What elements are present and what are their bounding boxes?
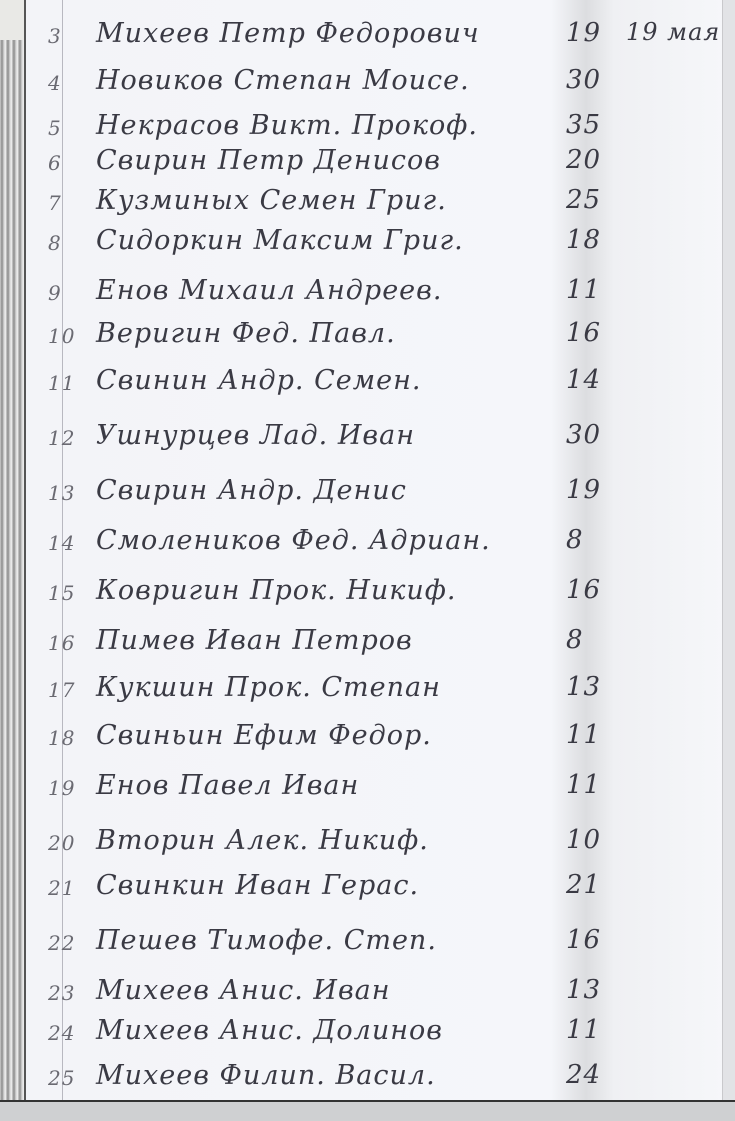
person-name: Новиков Степан Моисе. <box>96 65 470 96</box>
person-name: Свирин Петр Денисов <box>96 145 441 176</box>
person-age: 13 <box>566 672 601 702</box>
person-name: Михеев Анис. Иван <box>96 975 391 1006</box>
person-name: Свинкин Иван Герас. <box>96 870 419 901</box>
person-age: 16 <box>566 925 601 955</box>
row-number: 18 <box>48 726 75 750</box>
row-number: 3 <box>48 24 62 48</box>
person-age: 11 <box>566 1015 601 1045</box>
person-age: 18 <box>566 225 601 255</box>
person-name: Кузминых Семен Григ. <box>96 185 447 216</box>
list-row: 16 Пимев Иван Петров 8 <box>26 625 726 665</box>
person-name: Некрасов Викт. Прокоф. <box>96 110 478 141</box>
person-name: Михеев Анис. Долинов <box>96 1015 443 1046</box>
bottom-page-edge <box>0 1100 735 1121</box>
list-row: 6 Свирин Петр Денисов 20 <box>26 145 726 185</box>
list-row: 25 Михеев Филип. Васил. 24 <box>26 1060 726 1100</box>
list-row: 10 Веригин Фед. Павл. 16 <box>26 318 726 358</box>
list-row: 9 Енов Михаил Андреев. 11 <box>26 275 726 315</box>
list-row: 23 Михеев Анис. Иван 13 <box>26 975 726 1015</box>
person-age: 30 <box>566 65 601 95</box>
row-number: 17 <box>48 678 75 702</box>
person-name: Енов Михаил Андреев. <box>96 275 442 306</box>
handwritten-page: 3 Михеев Петр Федорович 19 19 мая 4 Нови… <box>24 0 726 1100</box>
list-row: 7 Кузминых Семен Григ. 25 <box>26 185 726 225</box>
person-name: Свирин Андр. Денис <box>96 475 407 506</box>
person-age: 10 <box>566 825 601 855</box>
list-row: 18 Свиньин Ефим Федор. 11 <box>26 720 726 760</box>
person-age: 16 <box>566 575 601 605</box>
person-age: 19 <box>566 475 601 505</box>
person-name: Свиньин Ефим Федор. <box>96 720 432 751</box>
person-age: 11 <box>566 275 601 305</box>
adjacent-page-edge <box>722 0 735 1121</box>
person-name: Пимев Иван Петров <box>96 625 413 656</box>
person-name: Михеев Филип. Васил. <box>96 1060 436 1091</box>
person-age: 24 <box>566 1060 601 1090</box>
list-row: 21 Свинкин Иван Герас. 21 <box>26 870 726 910</box>
person-age: 30 <box>566 420 601 450</box>
person-name: Смолеников Фед. Адриан. <box>96 525 491 556</box>
row-number: 11 <box>48 371 75 395</box>
row-number: 5 <box>48 116 62 140</box>
row-number: 4 <box>48 71 62 95</box>
row-number: 15 <box>48 581 75 605</box>
list-row: 4 Новиков Степан Моисе. 30 <box>26 65 726 105</box>
person-name: Сидоркин Максим Григ. <box>96 225 464 256</box>
row-number: 10 <box>48 324 75 348</box>
person-name: Веригин Фед. Павл. <box>96 318 396 349</box>
list-row: 19 Енов Павел Иван 11 <box>26 770 726 810</box>
person-name: Ушнурцев Лад. Иван <box>96 420 415 451</box>
person-age: 20 <box>566 145 601 175</box>
person-age: 25 <box>566 185 601 215</box>
list-row: 22 Пешев Тимофе. Степ. 16 <box>26 925 726 965</box>
list-row: 3 Михеев Петр Федорович 19 19 мая <box>26 18 726 58</box>
person-age: 19 <box>566 18 601 48</box>
person-age: 8 <box>566 525 584 555</box>
person-age: 11 <box>566 770 601 800</box>
list-row: 14 Смолеников Фед. Адриан. 8 <box>26 525 726 565</box>
person-age: 21 <box>566 870 601 900</box>
list-row: 15 Ковригин Прок. Никиф. 16 <box>26 575 726 615</box>
row-number: 25 <box>48 1066 75 1090</box>
list-row: 17 Кукшин Прок. Степан 13 <box>26 672 726 712</box>
list-row: 8 Сидоркин Максим Григ. 18 <box>26 225 726 265</box>
list-row: 11 Свинин Андр. Семен. 14 <box>26 365 726 405</box>
row-number: 9 <box>48 281 62 305</box>
person-age: 8 <box>566 625 584 655</box>
row-number: 23 <box>48 981 75 1005</box>
row-number: 12 <box>48 426 75 450</box>
person-age: 13 <box>566 975 601 1005</box>
row-number: 22 <box>48 931 75 955</box>
row-number: 7 <box>48 191 62 215</box>
person-name: Вторин Алек. Никиф. <box>96 825 429 856</box>
person-name: Пешев Тимофе. Степ. <box>96 925 437 956</box>
date-note: 19 мая <box>626 18 720 46</box>
list-row: 24 Михеев Анис. Долинов 11 <box>26 1015 726 1055</box>
row-number: 24 <box>48 1021 75 1045</box>
person-name: Кукшин Прок. Степан <box>96 672 441 703</box>
list-row: 13 Свирин Андр. Денис 19 <box>26 475 726 515</box>
person-name: Енов Павел Иван <box>96 770 359 801</box>
person-name: Михеев Петр Федорович <box>96 18 480 49</box>
person-name: Свинин Андр. Семен. <box>96 365 421 396</box>
row-number: 14 <box>48 531 75 555</box>
row-number: 20 <box>48 831 75 855</box>
person-age: 11 <box>566 720 601 750</box>
row-number: 19 <box>48 776 75 800</box>
list-row: 20 Вторин Алек. Никиф. 10 <box>26 825 726 865</box>
row-number: 16 <box>48 631 75 655</box>
list-row: 5 Некрасов Викт. Прокоф. 35 <box>26 110 726 150</box>
person-age: 14 <box>566 365 601 395</box>
person-name: Ковригин Прок. Никиф. <box>96 575 456 606</box>
row-number: 6 <box>48 151 62 175</box>
person-age: 35 <box>566 110 601 140</box>
list-row: 12 Ушнурцев Лад. Иван 30 <box>26 420 726 460</box>
person-age: 16 <box>566 318 601 348</box>
row-number: 21 <box>48 876 75 900</box>
row-number: 8 <box>48 231 62 255</box>
row-number: 13 <box>48 481 75 505</box>
